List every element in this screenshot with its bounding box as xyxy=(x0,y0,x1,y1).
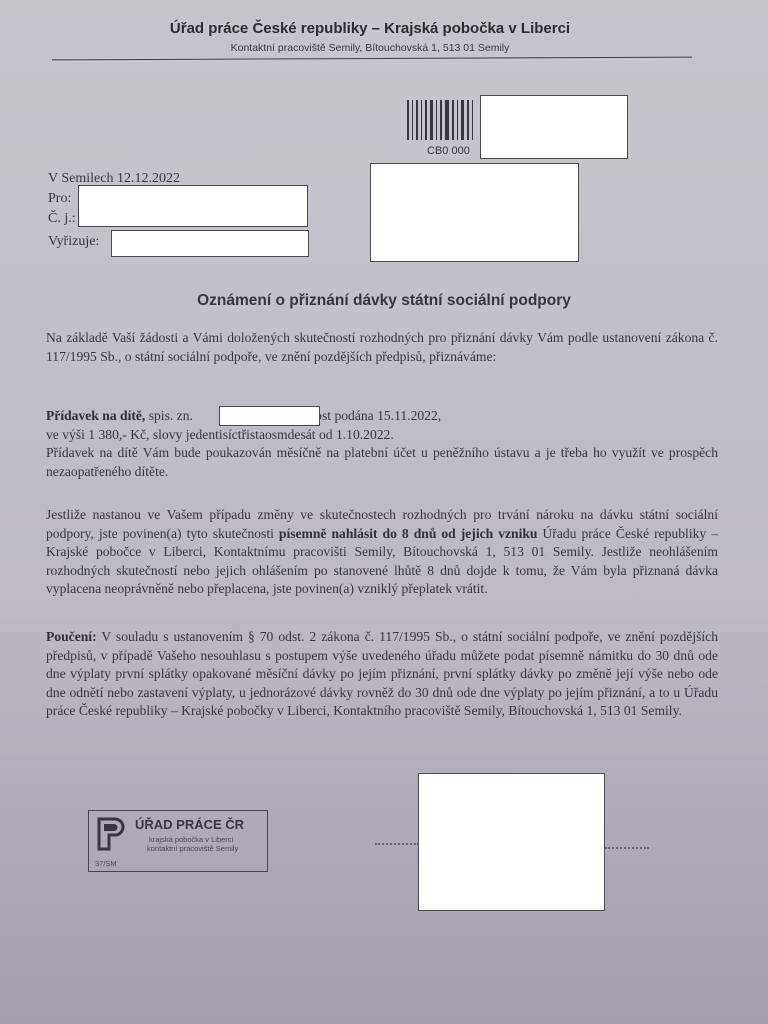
redacted-file-reference xyxy=(219,406,320,426)
instruction-paragraph: Poučení: V souladu s ustanovením § 70 od… xyxy=(46,628,718,721)
redacted-recipient-address xyxy=(370,163,579,262)
intro-paragraph: Na základě Vaší žádosti a Vámi doloženýc… xyxy=(46,329,718,366)
benefit-amount: ve výši 1 380,- Kč, slovy jedentisíctřis… xyxy=(46,427,394,442)
benefit-paragraph: Přídavek na dítě, spis. zn. žádost podán… xyxy=(46,407,718,481)
pro-label: Pro: xyxy=(48,191,71,207)
handled-by-label: Vyřizuje: xyxy=(48,234,99,250)
signature-line-left xyxy=(375,843,419,845)
letterhead-divider xyxy=(52,57,692,61)
stamp-code: 37/SM xyxy=(95,859,117,868)
redacted-barcode-id xyxy=(480,95,628,159)
letterhead-organization: Úřad práce České republiky – Krajská pob… xyxy=(0,20,740,37)
file-reference-label: spis. zn. xyxy=(149,408,193,423)
document-title: Oznámení o přiznání dávky státní sociáln… xyxy=(0,292,768,310)
signature-line-right xyxy=(605,847,649,849)
instruction-label: Poučení: xyxy=(46,629,97,644)
redacted-pro-reference xyxy=(78,185,308,227)
benefit-name: Přídavek na dítě, xyxy=(46,408,145,423)
obligation-deadline: písemně nahlásit do 8 dnů od jejich vzni… xyxy=(279,526,538,541)
payment-note: Přídavek na dítě Vám bude poukazován měs… xyxy=(46,445,718,479)
stamp-title: ÚŘAD PRÁCE ČR xyxy=(135,817,244,832)
stamp-line-2: kontaktní pracoviště Semily xyxy=(147,844,238,853)
up-logo-icon xyxy=(97,817,125,851)
instruction-text: V souladu s ustanovením § 70 odst. 2 zák… xyxy=(46,629,718,718)
redacted-handled-by xyxy=(111,230,309,257)
reference-number-label: Č. j.: xyxy=(48,211,76,227)
obligation-paragraph: Jestliže nastanou ve Vašem případu změny… xyxy=(46,506,718,599)
barcode-icon xyxy=(407,100,482,140)
stamp-line-1: krajská pobočka v Liberci xyxy=(149,835,233,844)
barcode-number: CB0 000 xyxy=(427,145,470,157)
office-stamp: ÚŘAD PRÁCE ČR krajská pobočka v Liberci … xyxy=(88,810,268,872)
letterhead-address: Kontaktní pracoviště Semily, Bítouchovsk… xyxy=(0,42,740,54)
redacted-signature xyxy=(418,773,605,911)
